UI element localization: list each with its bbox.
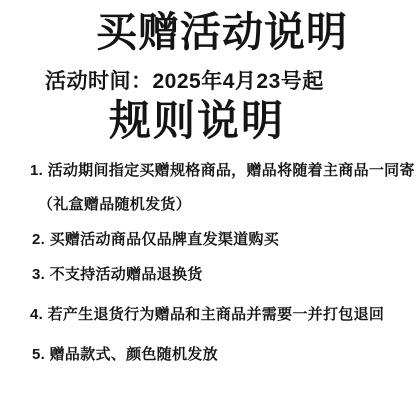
page-title: 买赠活动说明 [14,9,416,56]
rule-item-3: 3. 不支持活动赠品退换货 [32,266,203,285]
activity-time-text: 活动时间：2025年4月23号起 [45,69,324,94]
rule-item-2: 2. 买赠活动商品仅品牌直发渠道购买 [32,231,279,250]
rule-item-4: 4. 若产生退货行为赠品和主商品并需要一并打包退回 [30,306,384,325]
rule-item-1: 1. 活动期间指定买赠规格商品，赠品将随着主商品一同寄出 [30,162,416,181]
rule-item-5: 5. 赠品款式、颜色随机发放 [32,346,218,365]
rule-item-1-note: （礼盒赠品随机发货） [38,196,191,215]
rules-heading: 规则说明 [0,97,405,145]
promo-notice-page: 买赠活动说明 活动时间：2025年4月23号起 规则说明 1. 活动期间指定买赠… [0,0,416,416]
